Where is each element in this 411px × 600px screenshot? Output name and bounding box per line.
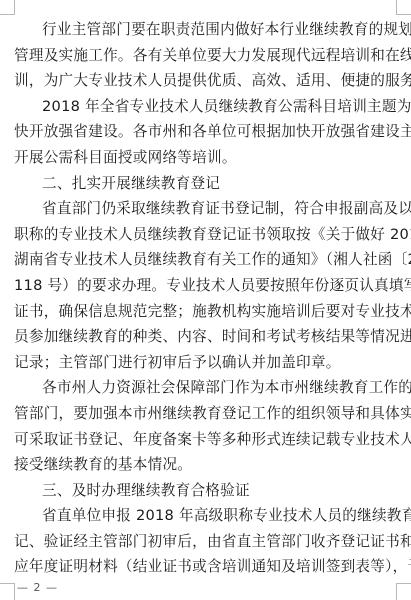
page-number: — 2 — xyxy=(17,580,58,596)
section-heading: 三、及时办理继续教育合格验证 xyxy=(14,478,402,504)
text-line: 训，为广大专业技术人员提供优质、高效、适用、便捷的服务。 xyxy=(14,68,402,94)
text-line: 证书，确保信息规范完整；施教机构实施培训后要对专业技术人 xyxy=(14,299,402,325)
text-line: 可采取证书登记、年度备案卡等多种形式连续记载专业技术人员 xyxy=(14,427,402,453)
text-line: 记、验证经主管部门初审后，由省直主管部门收齐登记证书和相 xyxy=(14,529,402,555)
text-line: 应年度证明材料（结业证书或含培训通知及培训签到表等），于当 xyxy=(14,554,402,580)
section-heading: 二、扎实开展继续教育登记 xyxy=(14,171,402,197)
text-line: 职称的专业技术人员继续教育登记证书领取按《关于做好 2014 年 xyxy=(14,222,402,248)
text-line: 省直单位申报 2018 年高级职称专业技术人员的继续教育登 xyxy=(14,503,402,529)
text-line: 省直部门仍采取继续教育证书登记制，符合申报副高及以上 xyxy=(14,196,402,222)
document-page: 行业主管部门要在职责范围内做好本行业继续教育的规划、 管理及实施工作。各有关单位… xyxy=(0,0,411,600)
text-line: 管部门，要加强本市州继续教育登记工作的组织领导和具体实施， xyxy=(14,401,402,427)
text-line: 2018 年全省专业技术人员继续教育公需科目培训主题为：加 xyxy=(14,94,402,120)
crop-mark-bottom-left xyxy=(0,583,15,600)
text-line: 行业主管部门要在职责范围内做好本行业继续教育的规划、 xyxy=(14,17,402,43)
text-line: 员参加继续教育的种类、内容、时间和考试考核结果等情况进行 xyxy=(14,324,402,350)
text-line: 开展公需科目面授或网络等培训。 xyxy=(14,145,402,171)
document-body: 行业主管部门要在职责范围内做好本行业继续教育的规划、 管理及实施工作。各有关单位… xyxy=(14,17,402,580)
text-line: 118 号）的要求办理。专业技术人员要按照年份逐页认真填写登记 xyxy=(14,273,402,299)
text-line: 湖南省专业技术人员继续教育有关工作的通知》（湘人社函〔2014〕 xyxy=(14,247,402,273)
text-line: 记录；主管部门进行初审后予以确认并加盖印章。 xyxy=(14,350,402,376)
text-line: 接受继续教育的基本情况。 xyxy=(14,452,402,478)
text-line: 各市州人力资源社会保障部门作为本市州继续教育工作的主 xyxy=(14,375,402,401)
crop-mark-top-left xyxy=(0,0,15,15)
text-line: 管理及实施工作。各有关单位要大力发展现代远程培训和在线培 xyxy=(14,43,402,69)
text-line: 快开放强省建设。各市州和各单位可根据加快开放强省建设主题， xyxy=(14,119,402,145)
crop-mark-bottom-right xyxy=(396,583,411,600)
crop-mark-top-right xyxy=(396,0,411,15)
